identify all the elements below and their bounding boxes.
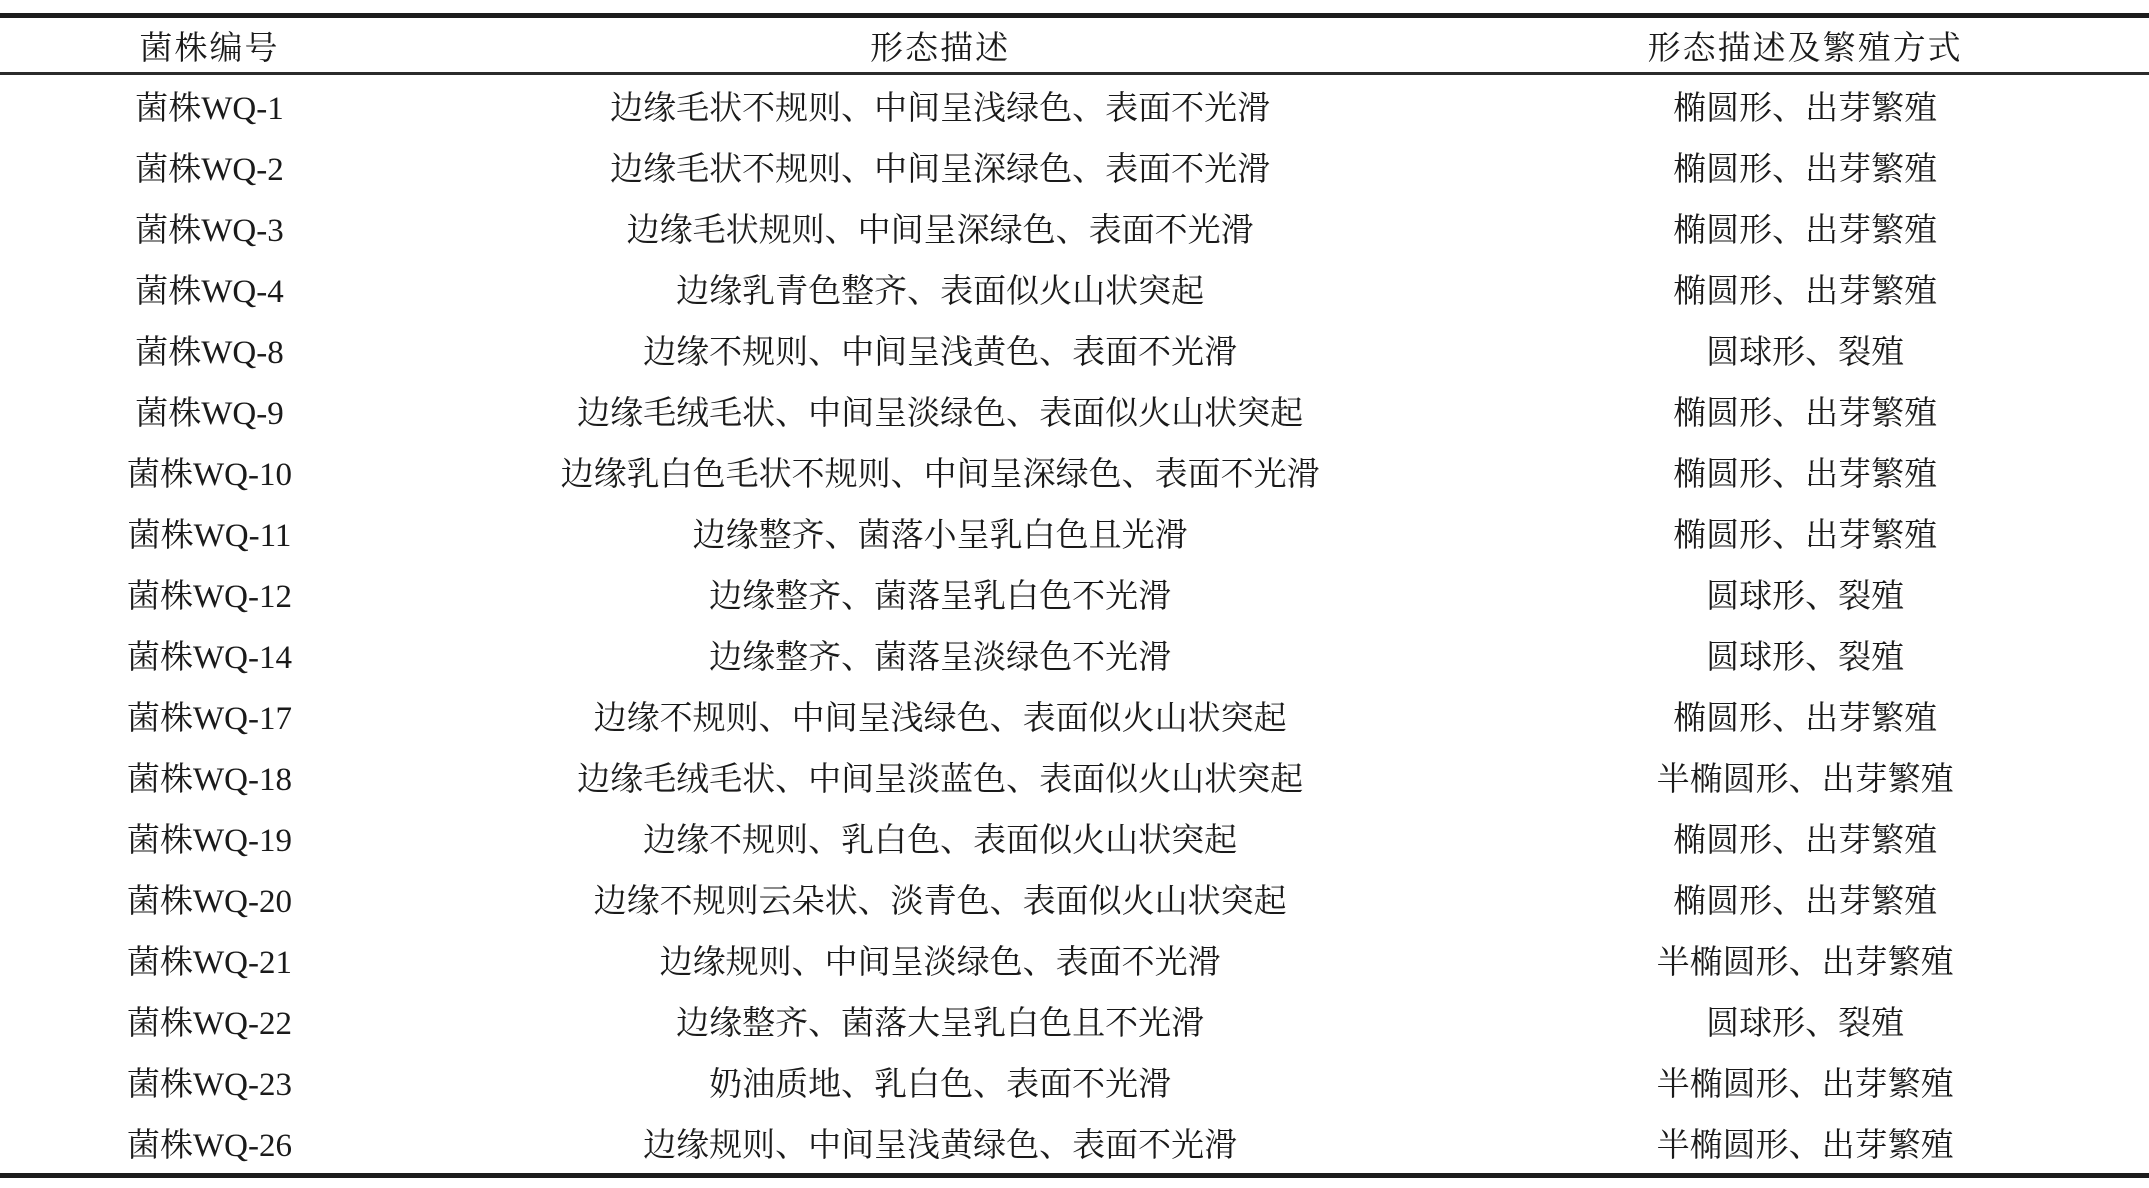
shape-reproduction-cell: 圆球形、裂殖 xyxy=(1461,990,2149,1051)
shape-reproduction-cell: 圆球形、裂殖 xyxy=(1461,624,2149,685)
table-row: 菌株WQ-19 边缘不规则、乳白色、表面似火山状突起 椭圆形、出芽繁殖 xyxy=(0,807,2149,868)
table-header-row: 菌株编号 形态描述 形态描述及繁殖方式 xyxy=(0,16,2149,74)
morphology-cell: 边缘整齐、菌落呈淡绿色不光滑 xyxy=(419,624,1461,685)
shape-reproduction-cell: 半椭圆形、出芽繁殖 xyxy=(1461,1051,2149,1112)
column-header-shape-reproduction: 形态描述及繁殖方式 xyxy=(1461,16,2149,74)
table-row: 菌株WQ-10 边缘乳白色毛状不规则、中间呈深绿色、表面不光滑 椭圆形、出芽繁殖 xyxy=(0,441,2149,502)
strain-id-cell: 菌株WQ-12 xyxy=(0,563,419,624)
table-row: 菌株WQ-18 边缘毛绒毛状、中间呈淡蓝色、表面似火山状突起 半椭圆形、出芽繁殖 xyxy=(0,746,2149,807)
strain-id-cell: 菌株WQ-2 xyxy=(0,136,419,197)
strain-id-cell: 菌株WQ-9 xyxy=(0,380,419,441)
shape-reproduction-cell: 椭圆形、出芽繁殖 xyxy=(1461,807,2149,868)
morphology-cell: 边缘乳青色整齐、表面似火山状突起 xyxy=(419,258,1461,319)
morphology-cell: 边缘不规则、乳白色、表面似火山状突起 xyxy=(419,807,1461,868)
strain-id-cell: 菌株WQ-3 xyxy=(0,197,419,258)
morphology-cell: 边缘不规则、中间呈浅黄色、表面不光滑 xyxy=(419,319,1461,380)
morphology-cell: 边缘不规则、中间呈浅绿色、表面似火山状突起 xyxy=(419,685,1461,746)
morphology-cell: 边缘毛状不规则、中间呈浅绿色、表面不光滑 xyxy=(419,74,1461,137)
shape-reproduction-cell: 椭圆形、出芽繁殖 xyxy=(1461,868,2149,929)
table-row: 菌株WQ-20 边缘不规则云朵状、淡青色、表面似火山状突起 椭圆形、出芽繁殖 xyxy=(0,868,2149,929)
shape-reproduction-cell: 椭圆形、出芽繁殖 xyxy=(1461,197,2149,258)
strain-morphology-table: 菌株编号 形态描述 形态描述及繁殖方式 菌株WQ-1 边缘毛状不规则、中间呈浅绿… xyxy=(0,13,2149,1178)
shape-reproduction-cell: 椭圆形、出芽繁殖 xyxy=(1461,441,2149,502)
table-row: 菌株WQ-3 边缘毛状规则、中间呈深绿色、表面不光滑 椭圆形、出芽繁殖 xyxy=(0,197,2149,258)
shape-reproduction-cell: 椭圆形、出芽繁殖 xyxy=(1461,74,2149,137)
strain-id-cell: 菌株WQ-4 xyxy=(0,258,419,319)
morphology-cell: 边缘毛状不规则、中间呈深绿色、表面不光滑 xyxy=(419,136,1461,197)
strain-id-cell: 菌株WQ-10 xyxy=(0,441,419,502)
column-header-morphology: 形态描述 xyxy=(419,16,1461,74)
table-row: 菌株WQ-14 边缘整齐、菌落呈淡绿色不光滑 圆球形、裂殖 xyxy=(0,624,2149,685)
table-row: 菌株WQ-1 边缘毛状不规则、中间呈浅绿色、表面不光滑 椭圆形、出芽繁殖 xyxy=(0,74,2149,137)
shape-reproduction-cell: 椭圆形、出芽繁殖 xyxy=(1461,258,2149,319)
strain-id-cell: 菌株WQ-17 xyxy=(0,685,419,746)
table-row: 菌株WQ-26 边缘规则、中间呈浅黄绿色、表面不光滑 半椭圆形、出芽繁殖 xyxy=(0,1112,2149,1176)
paper-table-page: 菌株编号 形态描述 形态描述及繁殖方式 菌株WQ-1 边缘毛状不规则、中间呈浅绿… xyxy=(0,0,2149,1188)
strain-id-cell: 菌株WQ-22 xyxy=(0,990,419,1051)
morphology-cell: 边缘规则、中间呈淡绿色、表面不光滑 xyxy=(419,929,1461,990)
strain-id-cell: 菌株WQ-11 xyxy=(0,502,419,563)
morphology-cell: 奶油质地、乳白色、表面不光滑 xyxy=(419,1051,1461,1112)
morphology-cell: 边缘规则、中间呈浅黄绿色、表面不光滑 xyxy=(419,1112,1461,1176)
strain-id-cell: 菌株WQ-23 xyxy=(0,1051,419,1112)
table-row: 菌株WQ-9 边缘毛绒毛状、中间呈淡绿色、表面似火山状突起 椭圆形、出芽繁殖 xyxy=(0,380,2149,441)
table-row: 菌株WQ-22 边缘整齐、菌落大呈乳白色且不光滑 圆球形、裂殖 xyxy=(0,990,2149,1051)
table-body: 菌株WQ-1 边缘毛状不规则、中间呈浅绿色、表面不光滑 椭圆形、出芽繁殖 菌株W… xyxy=(0,74,2149,1176)
table-row: 菌株WQ-12 边缘整齐、菌落呈乳白色不光滑 圆球形、裂殖 xyxy=(0,563,2149,624)
table-row: 菌株WQ-21 边缘规则、中间呈淡绿色、表面不光滑 半椭圆形、出芽繁殖 xyxy=(0,929,2149,990)
table-row: 菌株WQ-8 边缘不规则、中间呈浅黄色、表面不光滑 圆球形、裂殖 xyxy=(0,319,2149,380)
table-row: 菌株WQ-11 边缘整齐、菌落小呈乳白色且光滑 椭圆形、出芽繁殖 xyxy=(0,502,2149,563)
morphology-cell: 边缘乳白色毛状不规则、中间呈深绿色、表面不光滑 xyxy=(419,441,1461,502)
table-row: 菌株WQ-17 边缘不规则、中间呈浅绿色、表面似火山状突起 椭圆形、出芽繁殖 xyxy=(0,685,2149,746)
table-row: 菌株WQ-23 奶油质地、乳白色、表面不光滑 半椭圆形、出芽繁殖 xyxy=(0,1051,2149,1112)
column-header-strain-id: 菌株编号 xyxy=(0,16,419,74)
shape-reproduction-cell: 圆球形、裂殖 xyxy=(1461,563,2149,624)
morphology-cell: 边缘毛绒毛状、中间呈淡蓝色、表面似火山状突起 xyxy=(419,746,1461,807)
morphology-cell: 边缘整齐、菌落小呈乳白色且光滑 xyxy=(419,502,1461,563)
table-row: 菌株WQ-2 边缘毛状不规则、中间呈深绿色、表面不光滑 椭圆形、出芽繁殖 xyxy=(0,136,2149,197)
shape-reproduction-cell: 椭圆形、出芽繁殖 xyxy=(1461,136,2149,197)
morphology-cell: 边缘毛绒毛状、中间呈淡绿色、表面似火山状突起 xyxy=(419,380,1461,441)
shape-reproduction-cell: 半椭圆形、出芽繁殖 xyxy=(1461,929,2149,990)
shape-reproduction-cell: 圆球形、裂殖 xyxy=(1461,319,2149,380)
morphology-cell: 边缘整齐、菌落呈乳白色不光滑 xyxy=(419,563,1461,624)
shape-reproduction-cell: 椭圆形、出芽繁殖 xyxy=(1461,502,2149,563)
shape-reproduction-cell: 椭圆形、出芽繁殖 xyxy=(1461,380,2149,441)
strain-id-cell: 菌株WQ-26 xyxy=(0,1112,419,1176)
shape-reproduction-cell: 半椭圆形、出芽繁殖 xyxy=(1461,1112,2149,1176)
strain-id-cell: 菌株WQ-21 xyxy=(0,929,419,990)
strain-id-cell: 菌株WQ-14 xyxy=(0,624,419,685)
strain-id-cell: 菌株WQ-1 xyxy=(0,74,419,137)
shape-reproduction-cell: 椭圆形、出芽繁殖 xyxy=(1461,685,2149,746)
table-row: 菌株WQ-4 边缘乳青色整齐、表面似火山状突起 椭圆形、出芽繁殖 xyxy=(0,258,2149,319)
morphology-cell: 边缘整齐、菌落大呈乳白色且不光滑 xyxy=(419,990,1461,1051)
strain-id-cell: 菌株WQ-8 xyxy=(0,319,419,380)
shape-reproduction-cell: 半椭圆形、出芽繁殖 xyxy=(1461,746,2149,807)
strain-id-cell: 菌株WQ-18 xyxy=(0,746,419,807)
strain-id-cell: 菌株WQ-20 xyxy=(0,868,419,929)
strain-id-cell: 菌株WQ-19 xyxy=(0,807,419,868)
morphology-cell: 边缘不规则云朵状、淡青色、表面似火山状突起 xyxy=(419,868,1461,929)
morphology-cell: 边缘毛状规则、中间呈深绿色、表面不光滑 xyxy=(419,197,1461,258)
